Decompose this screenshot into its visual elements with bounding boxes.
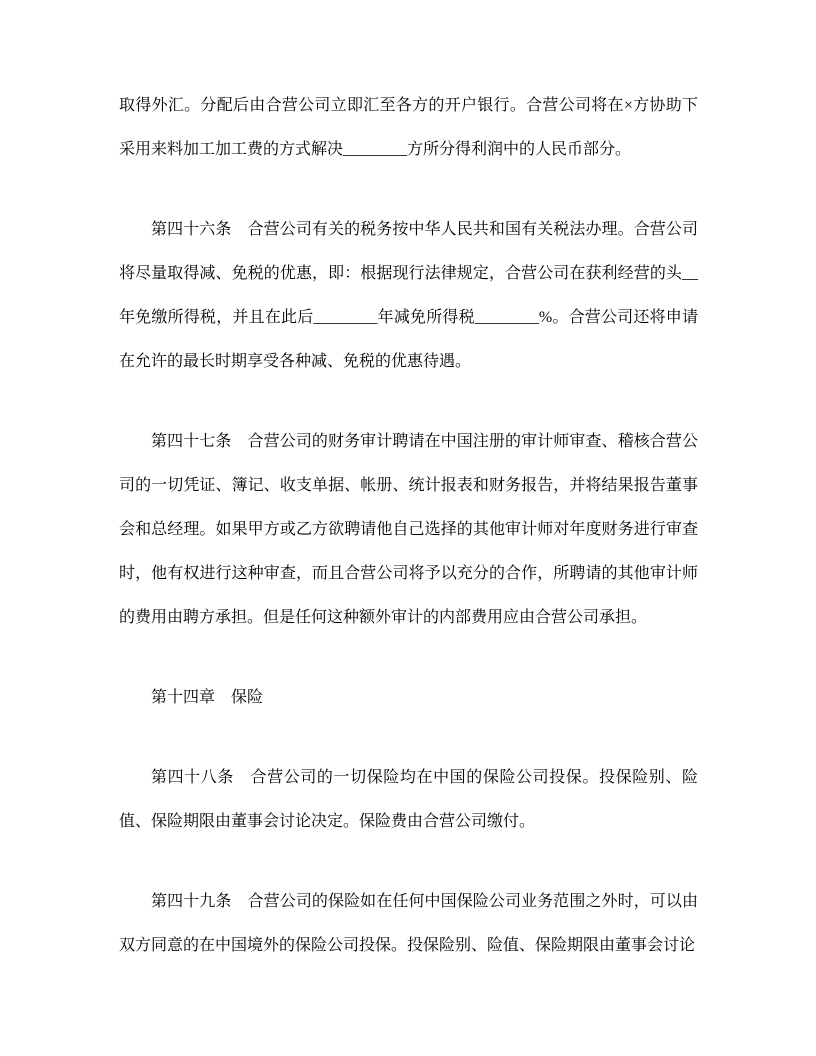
document-page: 取得外汇。分配后由合营公司立即汇至各方的开户银行。合营公司将在×方协助下采用来料… (0, 0, 816, 1056)
chapter-14-heading: 第十四章 保险 (119, 676, 698, 720)
article-49-paragraph: 第四十九条 合营公司的保险如在任何中国保险公司业务范围之外时，可以由双方同意的在… (119, 880, 698, 968)
article-48-paragraph: 第四十八条 合营公司的一切保险均在中国的保险公司投保。投保险别、险值、保险期限由… (119, 756, 698, 844)
article-47-paragraph: 第四十七条 合营公司的财务审计聘请在中国注册的审计师审查、稽核合营公司的一切凭证… (119, 420, 698, 640)
paragraph-continuation: 取得外汇。分配后由合营公司立即汇至各方的开户银行。合营公司将在×方协助下采用来料… (119, 84, 698, 172)
article-46-paragraph: 第四十六条 合营公司有关的税务按中华人民共和国有关税法办理。合营公司将尽量取得减… (119, 208, 698, 384)
